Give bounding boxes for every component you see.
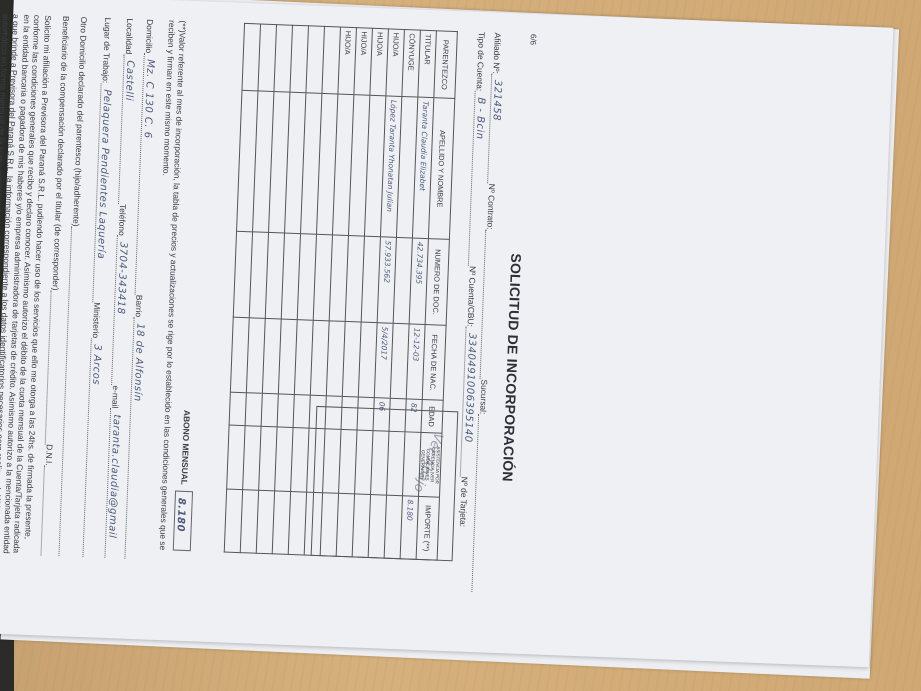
beneficiario-label: Beneficiario de la compensación declarad… (51, 16, 72, 291)
family-cell-doc[interactable] (249, 232, 268, 319)
family-cell-carencia[interactable] (275, 427, 293, 492)
beneficiario-field[interactable] (45, 290, 61, 444)
family-cell-doc[interactable] (361, 236, 380, 323)
ministerio-field[interactable]: 3 Arcos (82, 338, 100, 557)
telefono-label: Teléfono (117, 204, 128, 236)
form-page: 6/6 SOLICITUD DE INCORPORACIÓN Afiliado … (0, 0, 574, 595)
family-cell-doc[interactable] (297, 234, 316, 321)
lugar-trabajo-field[interactable]: Pelaquera Pendientes Laquería (92, 83, 110, 302)
family-cell-parentezco (274, 25, 293, 93)
family-cell-importe[interactable] (336, 493, 354, 557)
family-cell-carencia[interactable] (323, 429, 341, 494)
family-cell-parentezco: HIJO/A (370, 28, 389, 96)
ministerio-label: Ministerio (91, 302, 102, 338)
family-cell-nac[interactable] (262, 318, 281, 394)
family-cell-doc[interactable]: 42.734.395 (409, 238, 428, 325)
family-cell-importe[interactable] (368, 495, 386, 559)
family-cell-importe[interactable] (320, 493, 338, 557)
contrato-label: Nº Contrato: (485, 184, 497, 230)
family-cell-nac[interactable] (246, 318, 265, 394)
family-cell-parentezco (242, 23, 261, 91)
family-cell-edad[interactable]: 06 (373, 398, 390, 431)
family-cell-nac[interactable] (358, 322, 377, 398)
family-cell-doc[interactable] (393, 237, 412, 324)
family-cell-carencia[interactable] (243, 426, 261, 491)
family-cell-nac[interactable] (326, 321, 345, 397)
family-cell-parentezco: CÓNYUGE (402, 30, 421, 98)
family-cell-importe[interactable] (224, 489, 242, 553)
beneficiario-dni-label: D.N.I. (44, 444, 55, 466)
form-title: SOLICITUD DE INCORPORACIÓN (500, 253, 525, 482)
family-cell-parentezco (322, 26, 341, 94)
family-cell-importe[interactable] (288, 491, 306, 555)
family-cell-nac[interactable] (390, 323, 409, 399)
family-cell-doc[interactable] (233, 231, 252, 318)
abono-field[interactable]: 8.180 (173, 491, 193, 552)
family-cell-parentezco: HIJO/A (354, 28, 373, 96)
otro-domicilio-label: Otro Domicilio declarado del parentesco … (71, 17, 89, 227)
family-cell-carencia[interactable] (371, 431, 389, 496)
email-field[interactable]: taranta.claudia@gmail (104, 408, 120, 558)
tarjeta-label: Nº de Tarjeta: (458, 477, 470, 528)
afiliado-field[interactable]: 321458 (487, 74, 501, 184)
family-cell-edad[interactable] (229, 392, 246, 425)
family-cell-parentezco: HIJO/A (338, 27, 357, 95)
beneficiario-dni-field[interactable] (40, 465, 53, 555)
family-cell-importe[interactable] (352, 494, 370, 558)
family-cell-carencia[interactable] (227, 425, 245, 490)
barrio-field[interactable]: 18 de Alfonsín (124, 317, 143, 559)
paper-sheet: 6/6 SOLICITUD DE INCORPORACIÓN Afiliado … (0, 0, 893, 667)
family-cell-edad[interactable] (261, 394, 278, 427)
family-cell-doc[interactable] (281, 233, 300, 320)
family-cell-edad[interactable] (309, 396, 326, 429)
family-cell-carencia[interactable] (339, 429, 357, 494)
family-cell-carencia[interactable] (291, 427, 309, 492)
family-cell-importe[interactable] (256, 490, 274, 554)
domicilio-field[interactable]: Mz. C 130 C. 6 (135, 53, 154, 295)
contrato-field[interactable] (480, 229, 496, 379)
family-cell-edad[interactable] (357, 397, 374, 430)
family-cell-importe[interactable] (304, 492, 322, 556)
family-cell-parentezco: HIJO/A (386, 29, 405, 97)
family-cell-edad[interactable]: 82 (405, 399, 422, 432)
family-col-header: FECHA DE NAC. (422, 325, 446, 401)
lugar-trabajo-label: Lugar de Trabajo: (101, 17, 114, 83)
family-cell-doc[interactable] (329, 235, 348, 322)
cuenta-cbu-field[interactable]: 3340491006395140 (460, 327, 476, 477)
family-cell-importe[interactable] (240, 490, 258, 554)
cuenta-cbu-label: Nº Cuenta/CBU: (466, 266, 478, 327)
localidad-label: Localidad (124, 18, 135, 54)
otro-domicilio-field[interactable] (58, 226, 81, 556)
family-cell-importe[interactable]: 8.180 (400, 496, 418, 560)
family-cell-nac[interactable]: 12-12-03 (406, 324, 425, 400)
family-cell-nac[interactable] (310, 320, 329, 396)
family-cell-parentezco (258, 24, 277, 92)
family-cell-carencia[interactable] (307, 428, 325, 493)
family-col-header: NUMERO DE DOC. (425, 239, 449, 326)
abono-label: ABONO MENSUAL (179, 410, 192, 485)
family-cell-carencia[interactable] (355, 430, 373, 495)
family-cell-edad[interactable] (389, 399, 406, 432)
family-cell-nac[interactable]: 5/4/2017 (374, 323, 393, 399)
family-cell-doc[interactable] (345, 236, 364, 323)
family-cell-doc[interactable]: 57.933.562 (377, 237, 396, 324)
family-col-header: IMPORTE (**) (416, 496, 439, 560)
telefono-field[interactable]: 3704-343418 (111, 236, 127, 386)
family-col-header: ASISTENCIA POR CARENCIA (VER CONDICIONES… (419, 432, 442, 497)
family-cell-importe[interactable] (272, 491, 290, 555)
family-col-header: PARENTEZCO (434, 31, 458, 99)
family-cell-edad[interactable] (245, 393, 262, 426)
sucursal-label: Sucursal: (478, 379, 489, 414)
family-cell-edad[interactable] (293, 395, 310, 428)
family-cell-carencia[interactable] (387, 431, 405, 496)
family-table: PARENTEZCOAPELLIDO Y NOMBRENUMERO DE DOC… (224, 23, 458, 561)
tipo-cuenta-label: Tipo de Cuenta: (475, 32, 487, 92)
localidad-field[interactable]: Castelli (118, 54, 134, 204)
family-cell-doc[interactable] (313, 234, 332, 321)
family-cell-edad[interactable] (341, 397, 358, 430)
family-cell-nac[interactable] (294, 320, 313, 396)
family-cell-nac[interactable] (230, 317, 249, 393)
family-cell-nac[interactable] (278, 319, 297, 395)
family-cell-edad[interactable] (325, 396, 342, 429)
sucursal-field[interactable] (471, 414, 488, 592)
family-cell-parentezco (306, 26, 325, 94)
family-cell-carencia[interactable] (259, 426, 277, 491)
family-cell-carencia[interactable] (403, 432, 421, 497)
family-cell-edad[interactable] (277, 394, 294, 427)
family-cell-doc[interactable] (265, 233, 284, 320)
family-cell-parentezco: TITULAR (418, 30, 437, 98)
family-cell-nac[interactable] (342, 322, 361, 398)
family-cell-importe[interactable] (384, 495, 402, 559)
barrio-label: Barrio (134, 295, 145, 318)
page-number: 6/6 (528, 34, 537, 45)
family-col-header: EDAD (421, 400, 443, 433)
email-label: e-mail (110, 385, 121, 408)
tipo-cuenta-field[interactable]: B - Bcin (468, 91, 485, 266)
family-cell-parentezco (290, 25, 309, 93)
domicilio-label: Domicilio (144, 19, 155, 53)
afiliado-label: Afiliado Nº: (491, 32, 503, 74)
